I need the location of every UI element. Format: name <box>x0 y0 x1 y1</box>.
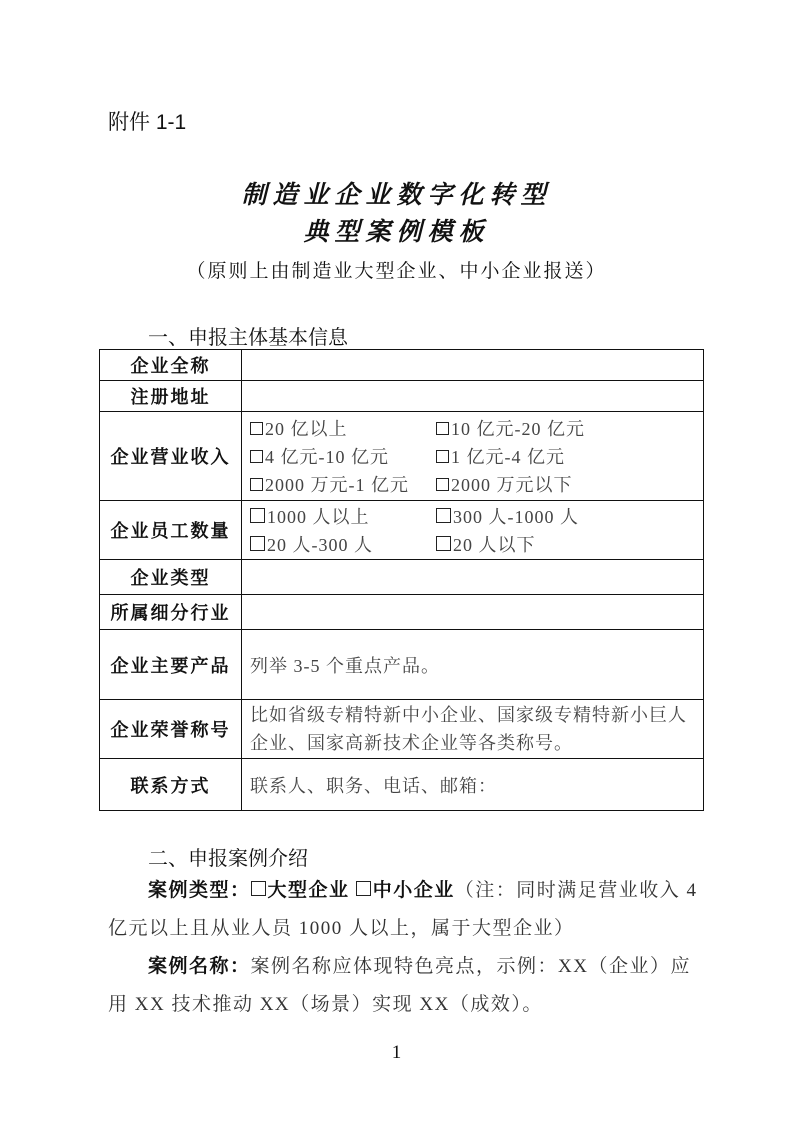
case-type-option-sme[interactable]: 中小企业 <box>373 880 455 901</box>
section2-heading: 二、申报案例介绍 <box>148 842 308 871</box>
section1-heading: 一、申报主体基本信息 <box>148 321 348 350</box>
revenue-option[interactable]: 2000 万元以下 <box>436 471 695 497</box>
revenue-option[interactable]: 2000 万元-1 亿元 <box>250 471 436 497</box>
employee-option[interactable]: 20 人-300 人 <box>250 531 436 557</box>
table-row: 企业员工数量 1000 人以上 300 人-1000 人 20 人-300 人 … <box>100 501 704 560</box>
table-row: 所属细分行业 <box>100 595 704 630</box>
page-number: 1 <box>0 1042 793 1064</box>
row-label: 企业类型 <box>100 560 242 595</box>
row-label: 企业主要产品 <box>100 630 242 700</box>
row-label: 企业营业收入 <box>100 412 242 501</box>
contact-field[interactable]: 联系人、职务、电话、邮箱： <box>242 759 704 811</box>
checkbox-icon[interactable] <box>250 450 263 463</box>
row-label: 联系方式 <box>100 759 242 811</box>
revenue-options: 20 亿以上 10 亿元-20 亿元 4 亿元-10 亿元 1 亿元-4 亿元 … <box>242 412 704 501</box>
checkbox-icon[interactable] <box>436 478 449 491</box>
case-type-option-large[interactable]: 大型企业 <box>268 880 350 901</box>
table-row: 企业荣誉称号 比如省级专精特新中小企业、国家级专精特新小巨人企业、国家高新技术企… <box>100 700 704 759</box>
checkbox-icon[interactable] <box>436 422 449 435</box>
employee-option[interactable]: 20 人以下 <box>436 531 695 557</box>
row-label: 注册地址 <box>100 381 242 412</box>
row-label: 企业员工数量 <box>100 501 242 560</box>
employee-option[interactable]: 300 人-1000 人 <box>436 503 695 529</box>
case-type-paragraph: 案例类型：大型企业 中小企业（注：同时满足营业收入 4 亿元以上且从业人员 10… <box>108 872 698 948</box>
row-label: 企业全称 <box>100 350 242 381</box>
document-title-line2: 典型案例模板 <box>0 212 793 248</box>
table-row: 企业营业收入 20 亿以上 10 亿元-20 亿元 4 亿元-10 亿元 1 亿… <box>100 412 704 501</box>
revenue-option[interactable]: 4 亿元-10 亿元 <box>250 443 436 469</box>
table-row: 企业主要产品 列举 3-5 个重点产品。 <box>100 630 704 700</box>
checkbox-icon[interactable] <box>436 450 449 463</box>
industry-field[interactable] <box>242 595 704 630</box>
row-label: 所属细分行业 <box>100 595 242 630</box>
honors-field[interactable]: 比如省级专精特新中小企业、国家级专精特新小巨人企业、国家高新技术企业等各类称号。 <box>242 700 704 759</box>
checkbox-icon[interactable] <box>436 508 451 523</box>
attachment-label: 附件 1-1 <box>108 106 186 136</box>
employee-option[interactable]: 1000 人以上 <box>250 503 436 529</box>
checkbox-icon[interactable] <box>251 881 266 896</box>
checkbox-icon[interactable] <box>250 508 265 523</box>
table-row: 联系方式 联系人、职务、电话、邮箱： <box>100 759 704 811</box>
case-type-label: 案例类型： <box>148 880 251 901</box>
checkbox-icon[interactable] <box>250 422 263 435</box>
revenue-option[interactable]: 1 亿元-4 亿元 <box>436 443 695 469</box>
revenue-option[interactable]: 20 亿以上 <box>250 415 436 441</box>
checkbox-icon[interactable] <box>250 536 265 551</box>
document-title-line1: 制造业企业数字化转型 <box>0 175 793 211</box>
table-row: 企业全称 <box>100 350 704 381</box>
basic-info-table: 企业全称 注册地址 企业营业收入 20 亿以上 10 亿元-20 亿元 4 亿元… <box>99 349 704 811</box>
address-field[interactable] <box>242 381 704 412</box>
table-row: 企业类型 <box>100 560 704 595</box>
revenue-option[interactable]: 10 亿元-20 亿元 <box>436 415 695 441</box>
checkbox-icon[interactable] <box>436 536 451 551</box>
employee-options: 1000 人以上 300 人-1000 人 20 人-300 人 20 人以下 <box>242 501 704 560</box>
document-subtitle: （原则上由制造业大型企业、中小企业报送） <box>0 256 793 283</box>
table-row: 注册地址 <box>100 381 704 412</box>
company-type-field[interactable] <box>242 560 704 595</box>
company-name-field[interactable] <box>242 350 704 381</box>
case-name-label: 案例名称： <box>148 956 251 977</box>
main-products-field[interactable]: 列举 3-5 个重点产品。 <box>242 630 704 700</box>
checkbox-icon[interactable] <box>356 881 371 896</box>
checkbox-icon[interactable] <box>250 478 263 491</box>
row-label: 企业荣誉称号 <box>100 700 242 759</box>
case-name-paragraph: 案例名称：案例名称应体现特色亮点，示例：XX（企业）应用 XX 技术推动 XX（… <box>108 948 698 1024</box>
